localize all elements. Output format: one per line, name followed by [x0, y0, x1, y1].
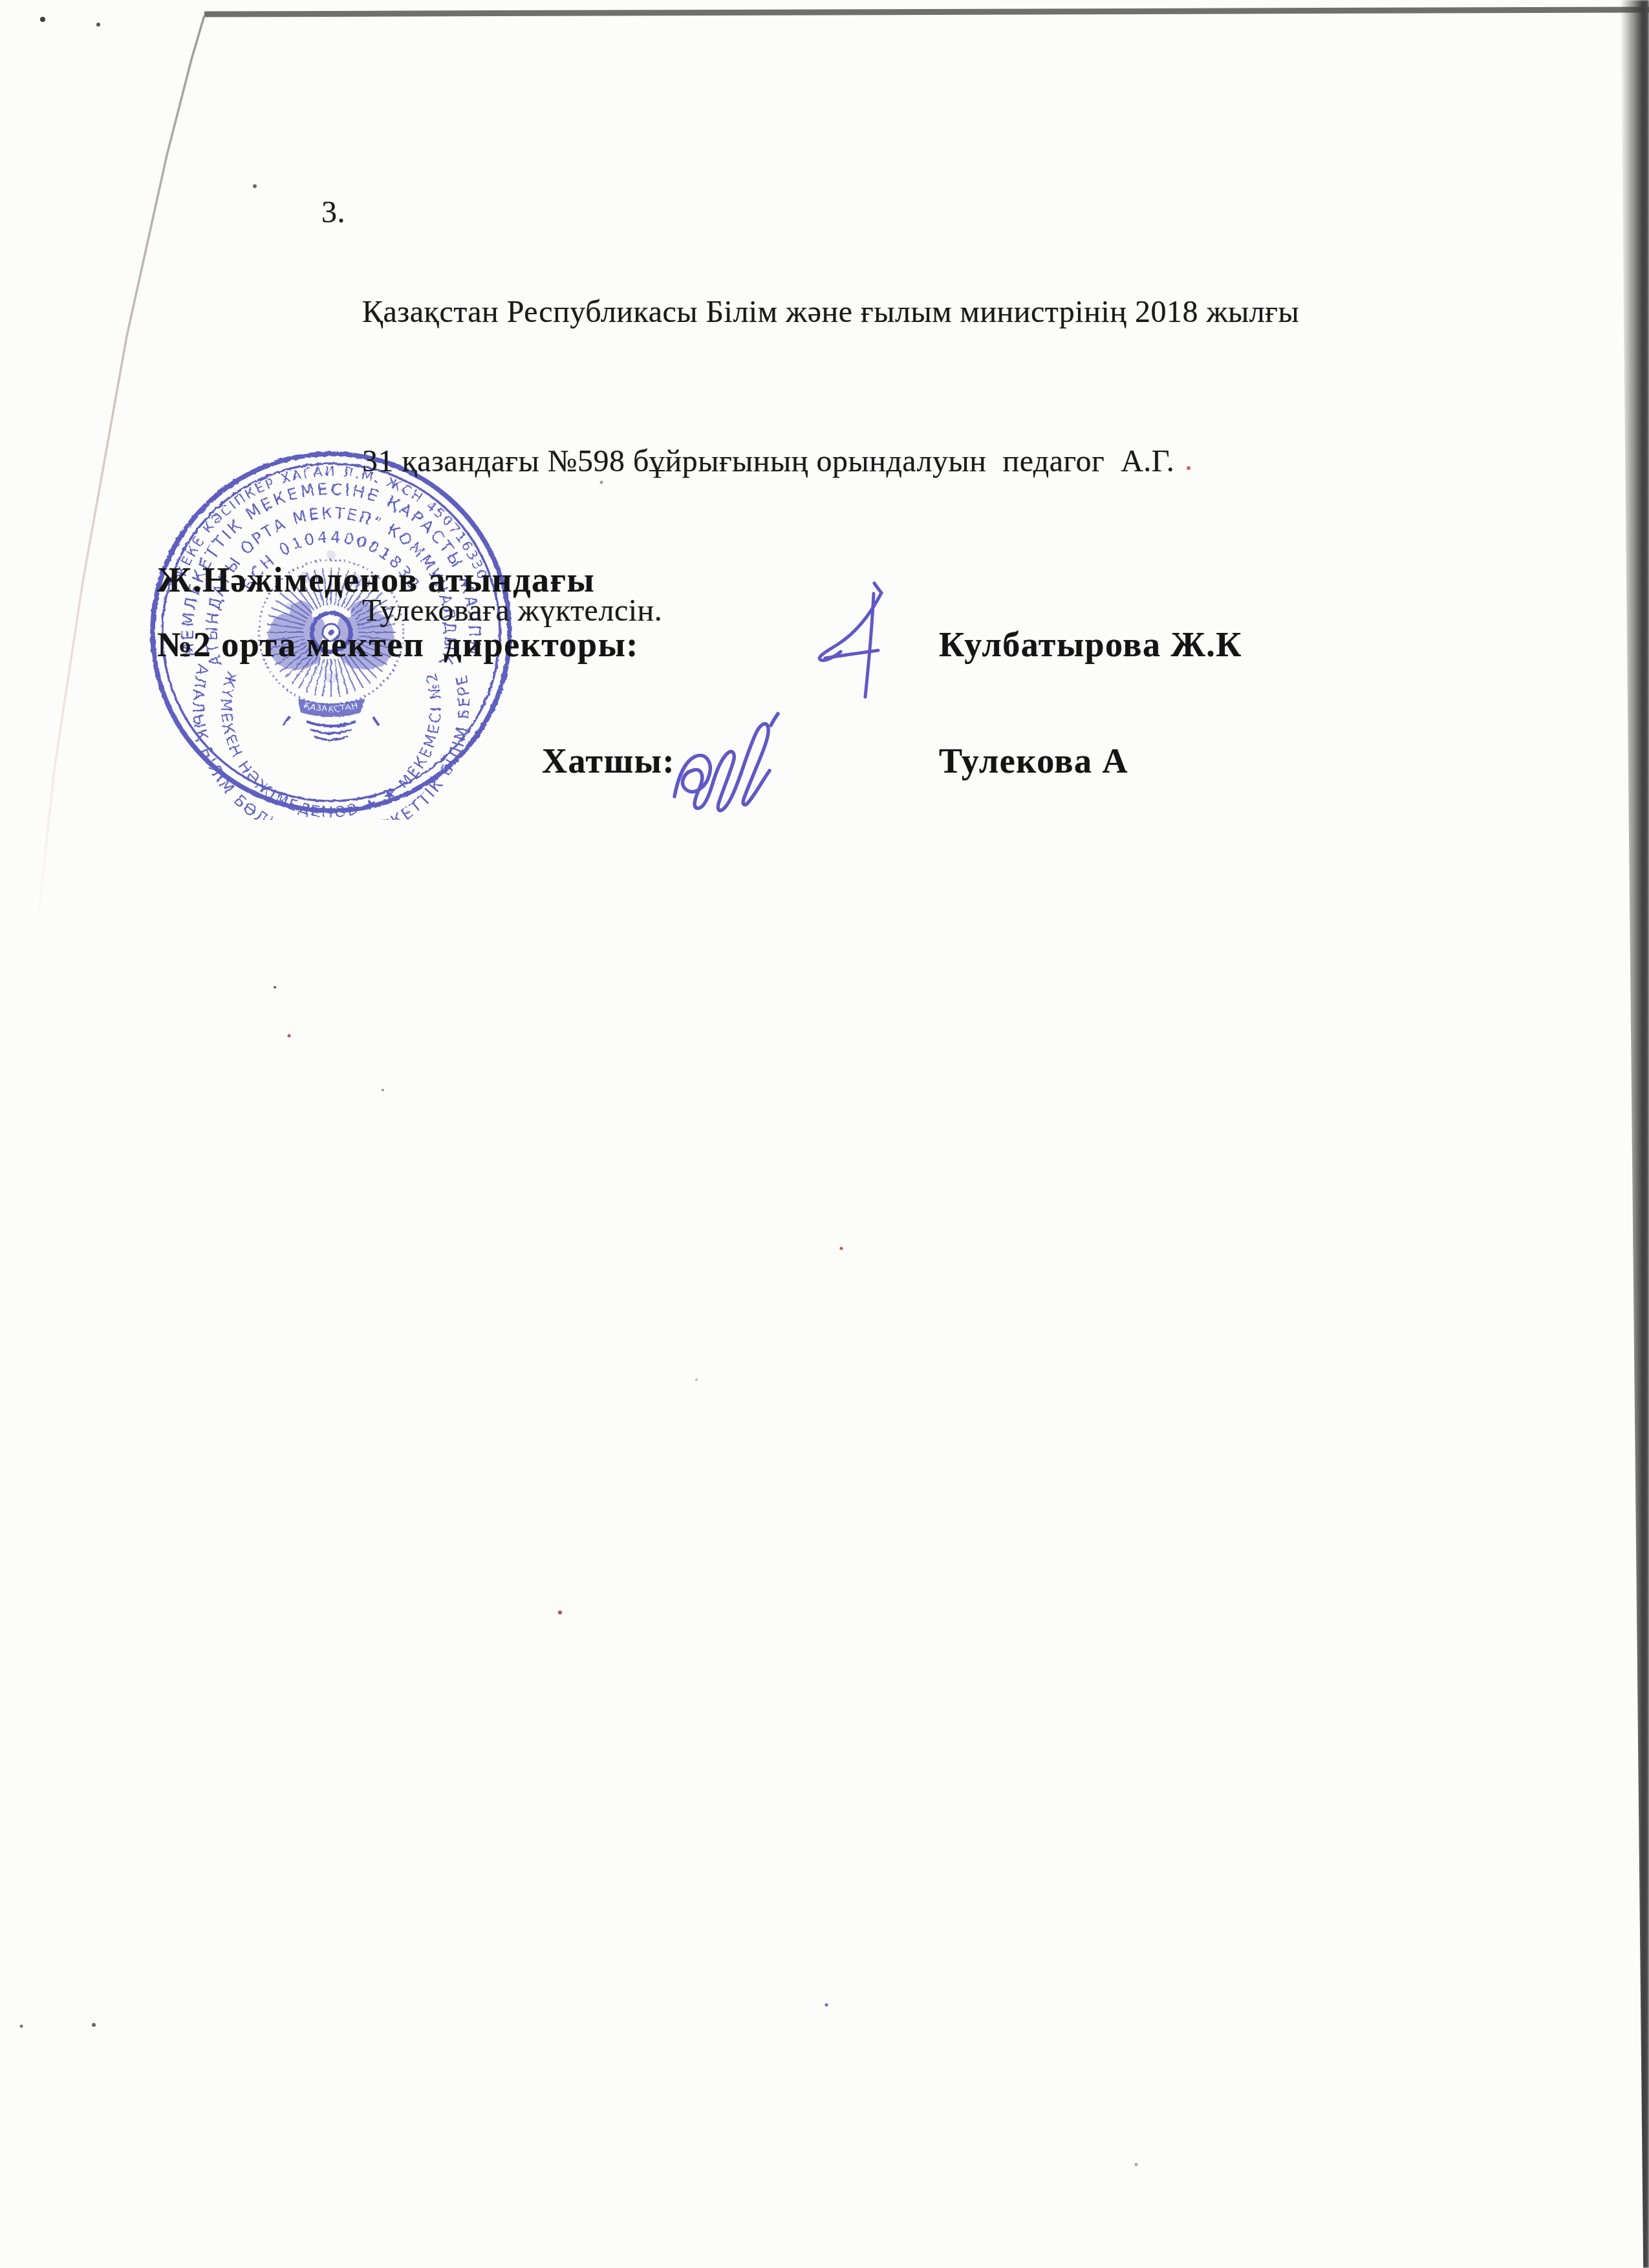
school-name-line1: Ж.Нәжімеденов атындағы	[157, 560, 595, 600]
director-title-line: №2 орта мектеп директоры:	[157, 625, 639, 665]
scanner-edge-shadow	[1621, 0, 1649, 2268]
director-name: Кулбатырова Ж.К	[939, 625, 1242, 665]
secretary-name: Тулекова А	[939, 741, 1128, 781]
secretary-label: Хатшы:	[542, 741, 675, 781]
scanned-document-page: ЖЕКЕ КӘСІПКЕР ХАГАИ Л.М. ЖСН 450716330 М…	[0, 0, 1649, 2268]
order-item-number: 3.	[321, 187, 345, 237]
emblem-banner-text: ҚАЗАҚСТАН	[303, 700, 360, 714]
svg-text:ҚАЗАҚСТАН: ҚАЗАҚСТАН	[303, 700, 360, 714]
page-top-edge	[204, 10, 1649, 14]
order-item-line: Қазақстан Республикасы Білім және ғылым …	[362, 287, 1299, 337]
order-item-line: 31 қазандағы №598 бұйрығының орындалуын …	[362, 436, 1299, 486]
